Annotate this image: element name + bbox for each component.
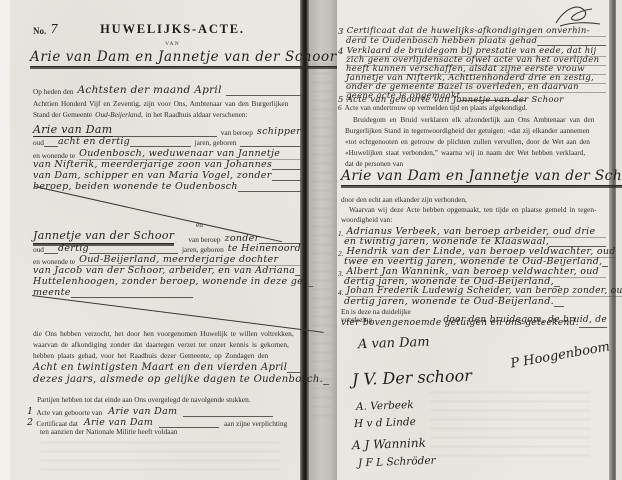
intro-line2-pre: Stand der Gemeente (33, 111, 92, 119)
closing-handwritten2: vier bovengenoemde getuigen en ons getee… (341, 318, 579, 328)
rule-fill (238, 189, 301, 192)
stukken-intro: Partijen hebben tot dat einde aan Ons ov… (37, 396, 301, 404)
rule-fill (240, 144, 301, 147)
gemeente-name: Oud-Beijerland, (95, 111, 143, 119)
oud-label: oud (33, 139, 44, 147)
act-number: No. 7 (33, 22, 58, 36)
groom-details-line: beroep, beiden wonende te Oudenbosch (33, 181, 238, 192)
witness-line: dertig jaren, wonende te Oud-Beijerland. (344, 296, 554, 307)
afkondiging-dates: Acht en twintigsten Maart en den vierden… (33, 362, 287, 373)
verklaring-line2: Burgerlijken Stand in tegenwoordigheid d… (345, 127, 606, 135)
item6-row: 6 Acte van ondertrouw op vermelden tijd … (338, 104, 606, 112)
groom-details-row: van Dam, schipper en van Maria Vogel, zo… (33, 170, 301, 181)
bride-details-row: Huttelenhoogen, zonder beroep, wonende i… (33, 276, 301, 287)
witness-number: 4. (338, 289, 343, 297)
couple-names-text: Arie van Dam en Jannetje van der Schoor (341, 168, 622, 186)
act-number-value: 7 (50, 22, 58, 36)
item6-number: 6 (338, 104, 342, 112)
verklaring-line1: Bruidegom en Bruid verklaren elk afzonde… (353, 116, 606, 124)
groom-name: Arie van Dam (33, 123, 113, 137)
rule-fill (579, 325, 607, 328)
verzoek-line1: die Ons hebben verzocht, het door hen vo… (33, 330, 301, 338)
geboren-label: jaren, geboren (195, 139, 237, 147)
opgemaakt-line2: woordigheid van: (341, 216, 392, 224)
signature-witness3: A J Wannink (352, 436, 426, 453)
item4-number: 4 (338, 47, 344, 57)
verklaring-line3: «tot echtgenooten en getrouw de plichten… (345, 138, 606, 146)
date-handwritten: Achtsten der maand April (78, 84, 222, 96)
couple-names-text: Arie van Dam en Jannetje van der Schoor (30, 49, 337, 67)
rule-fill (554, 304, 564, 307)
couple-names-declaration: Arie van Dam en Jannetje van der Schoor (341, 168, 607, 186)
item6-text: Acte van ondertrouw op vermelden tijd en… (345, 104, 528, 112)
bleed-through (312, 60, 334, 420)
groom-details-row: van Nifterik, meerderjarige zoon van Joh… (33, 159, 301, 170)
date-row: Op heden den Achtsten der maand April (33, 84, 301, 96)
couple-names-heading: Arie van Dam en Jannetje van der Schoor (30, 49, 302, 67)
rule-fill (287, 370, 301, 373)
groom-details-line: van Nifterik, meerderjarige zoon van Joh… (33, 159, 272, 170)
afkondiging-dates-row: Acht en twintigsten Maart en den vierden… (33, 362, 301, 373)
verzoek-line3: hebben plaats gehad, voor het Raadhuis d… (33, 352, 301, 360)
opgemaakt-line1: Waarvan wij deze Acte hebben opgemaakt, … (349, 206, 606, 214)
item3-row2: derd te Oudenbosch hebben plaats gehad (346, 36, 606, 46)
rule-fill (130, 144, 191, 147)
signature-witness1: A. Verbeek (356, 399, 414, 413)
groom-details-row: beroep, beiden wonende te Oudenbosch (33, 181, 301, 192)
stuk1-number: 1 (27, 406, 33, 417)
act-number-label: No. (33, 26, 46, 36)
rule-fill (323, 382, 329, 385)
page-edge-shadow (609, 0, 616, 480)
van-label: VAN (90, 41, 255, 47)
groom-name-row: Arie van Dam van beroep schipper (33, 123, 301, 137)
verklaring-line4: «Huwelijken staat verbonden,” waarna wij… (345, 149, 606, 157)
bride-birthplace: te Heinenoord (228, 243, 301, 254)
bride-name-row: Jannetje van der Schoor van beroep zonde… (33, 229, 301, 244)
item3-number: 3 (338, 27, 344, 37)
stuk1-label: Acte van geboorte van (36, 409, 102, 417)
bride-name: Jannetje van der Schoor (33, 229, 174, 244)
stuk2-line2: ten aanzien der Nationale Militie heeft … (40, 428, 177, 436)
closing-row2: vier bovengenoemde getuigen en ons getee… (341, 318, 607, 328)
stuk2-suffix: aan zijne verplichting (224, 420, 287, 428)
witness-number: 2. (338, 250, 343, 258)
groom-details-line: van Dam, schipper en van Maria Vogel, zo… (33, 170, 272, 181)
book-gutter (300, 0, 309, 480)
bond-line: door den echt aan elkander zijn verbonde… (341, 196, 467, 204)
bride-details-line: Huttelenhoogen, zonder beroep, wonende i… (33, 276, 307, 287)
groom-age-row: oud acht en dertig jaren, geboren (33, 136, 301, 147)
intro-line1: Achttien Honderd Vijf en Zeventig, zijn … (33, 100, 301, 108)
stuk-item-1: 1 Acte van geboorte van Arie van Dam (27, 406, 301, 417)
intro-line2: Stand der Gemeente Oud-Beijerland, in he… (33, 111, 301, 119)
geboren-label: jaren, geboren (182, 246, 224, 254)
bride-age: dertig (58, 243, 89, 254)
signature-groom: A van Dam (358, 335, 430, 352)
stuk2-number: 2 (27, 417, 33, 428)
signature-witness2: H v d Linde (354, 416, 416, 430)
rule-fill (307, 284, 313, 287)
witness-number: 3. (338, 270, 343, 278)
verzoek-line2: waarvan de afkondiging zonder dat daarte… (33, 341, 301, 349)
item3-line: derd te Oudenbosch hebben plaats gehad (346, 36, 537, 46)
afkondiging-dates2: dezes jaars, alsmede op gelijke dagen te… (33, 374, 323, 385)
stuk1-name: Arie van Dam (108, 406, 177, 417)
op-heden-label: Op heden den (33, 88, 74, 96)
bleed-through (430, 390, 590, 460)
afkondiging-dates-row2: dezes jaars, alsmede op gelijke dagen te… (33, 374, 253, 385)
witness-row: dertig jaren, wonende te Oud-Beijerland. (344, 296, 564, 307)
scan-background-edge (616, 0, 622, 480)
bride-details-line: van Jacob van der Schoor, arbeider, en v… (33, 265, 295, 276)
witness-number: 1. (338, 230, 343, 238)
bride-age-row: oud dertig jaren, geboren te Heinenoord (33, 243, 301, 254)
bleed-through (40, 442, 280, 474)
bride-details-row: van Jacob van der Schoor, arbeider, en v… (33, 265, 301, 276)
groom-age: acht en dertig (58, 136, 130, 147)
rule-fill (226, 93, 301, 96)
page-title: HUWELIJKS-ACTE. (90, 22, 255, 37)
marriage-certificate-scan: No. 7 HUWELIJKS-ACTE. VAN Arie van Dam e… (0, 0, 622, 480)
bride-details-row: meente (33, 287, 193, 298)
rule-fill (71, 295, 193, 298)
rule-fill (44, 144, 58, 147)
intro-line2-post: in het Raadhuis aldaar verschenen: (146, 111, 248, 119)
oud-label: oud (33, 246, 44, 254)
